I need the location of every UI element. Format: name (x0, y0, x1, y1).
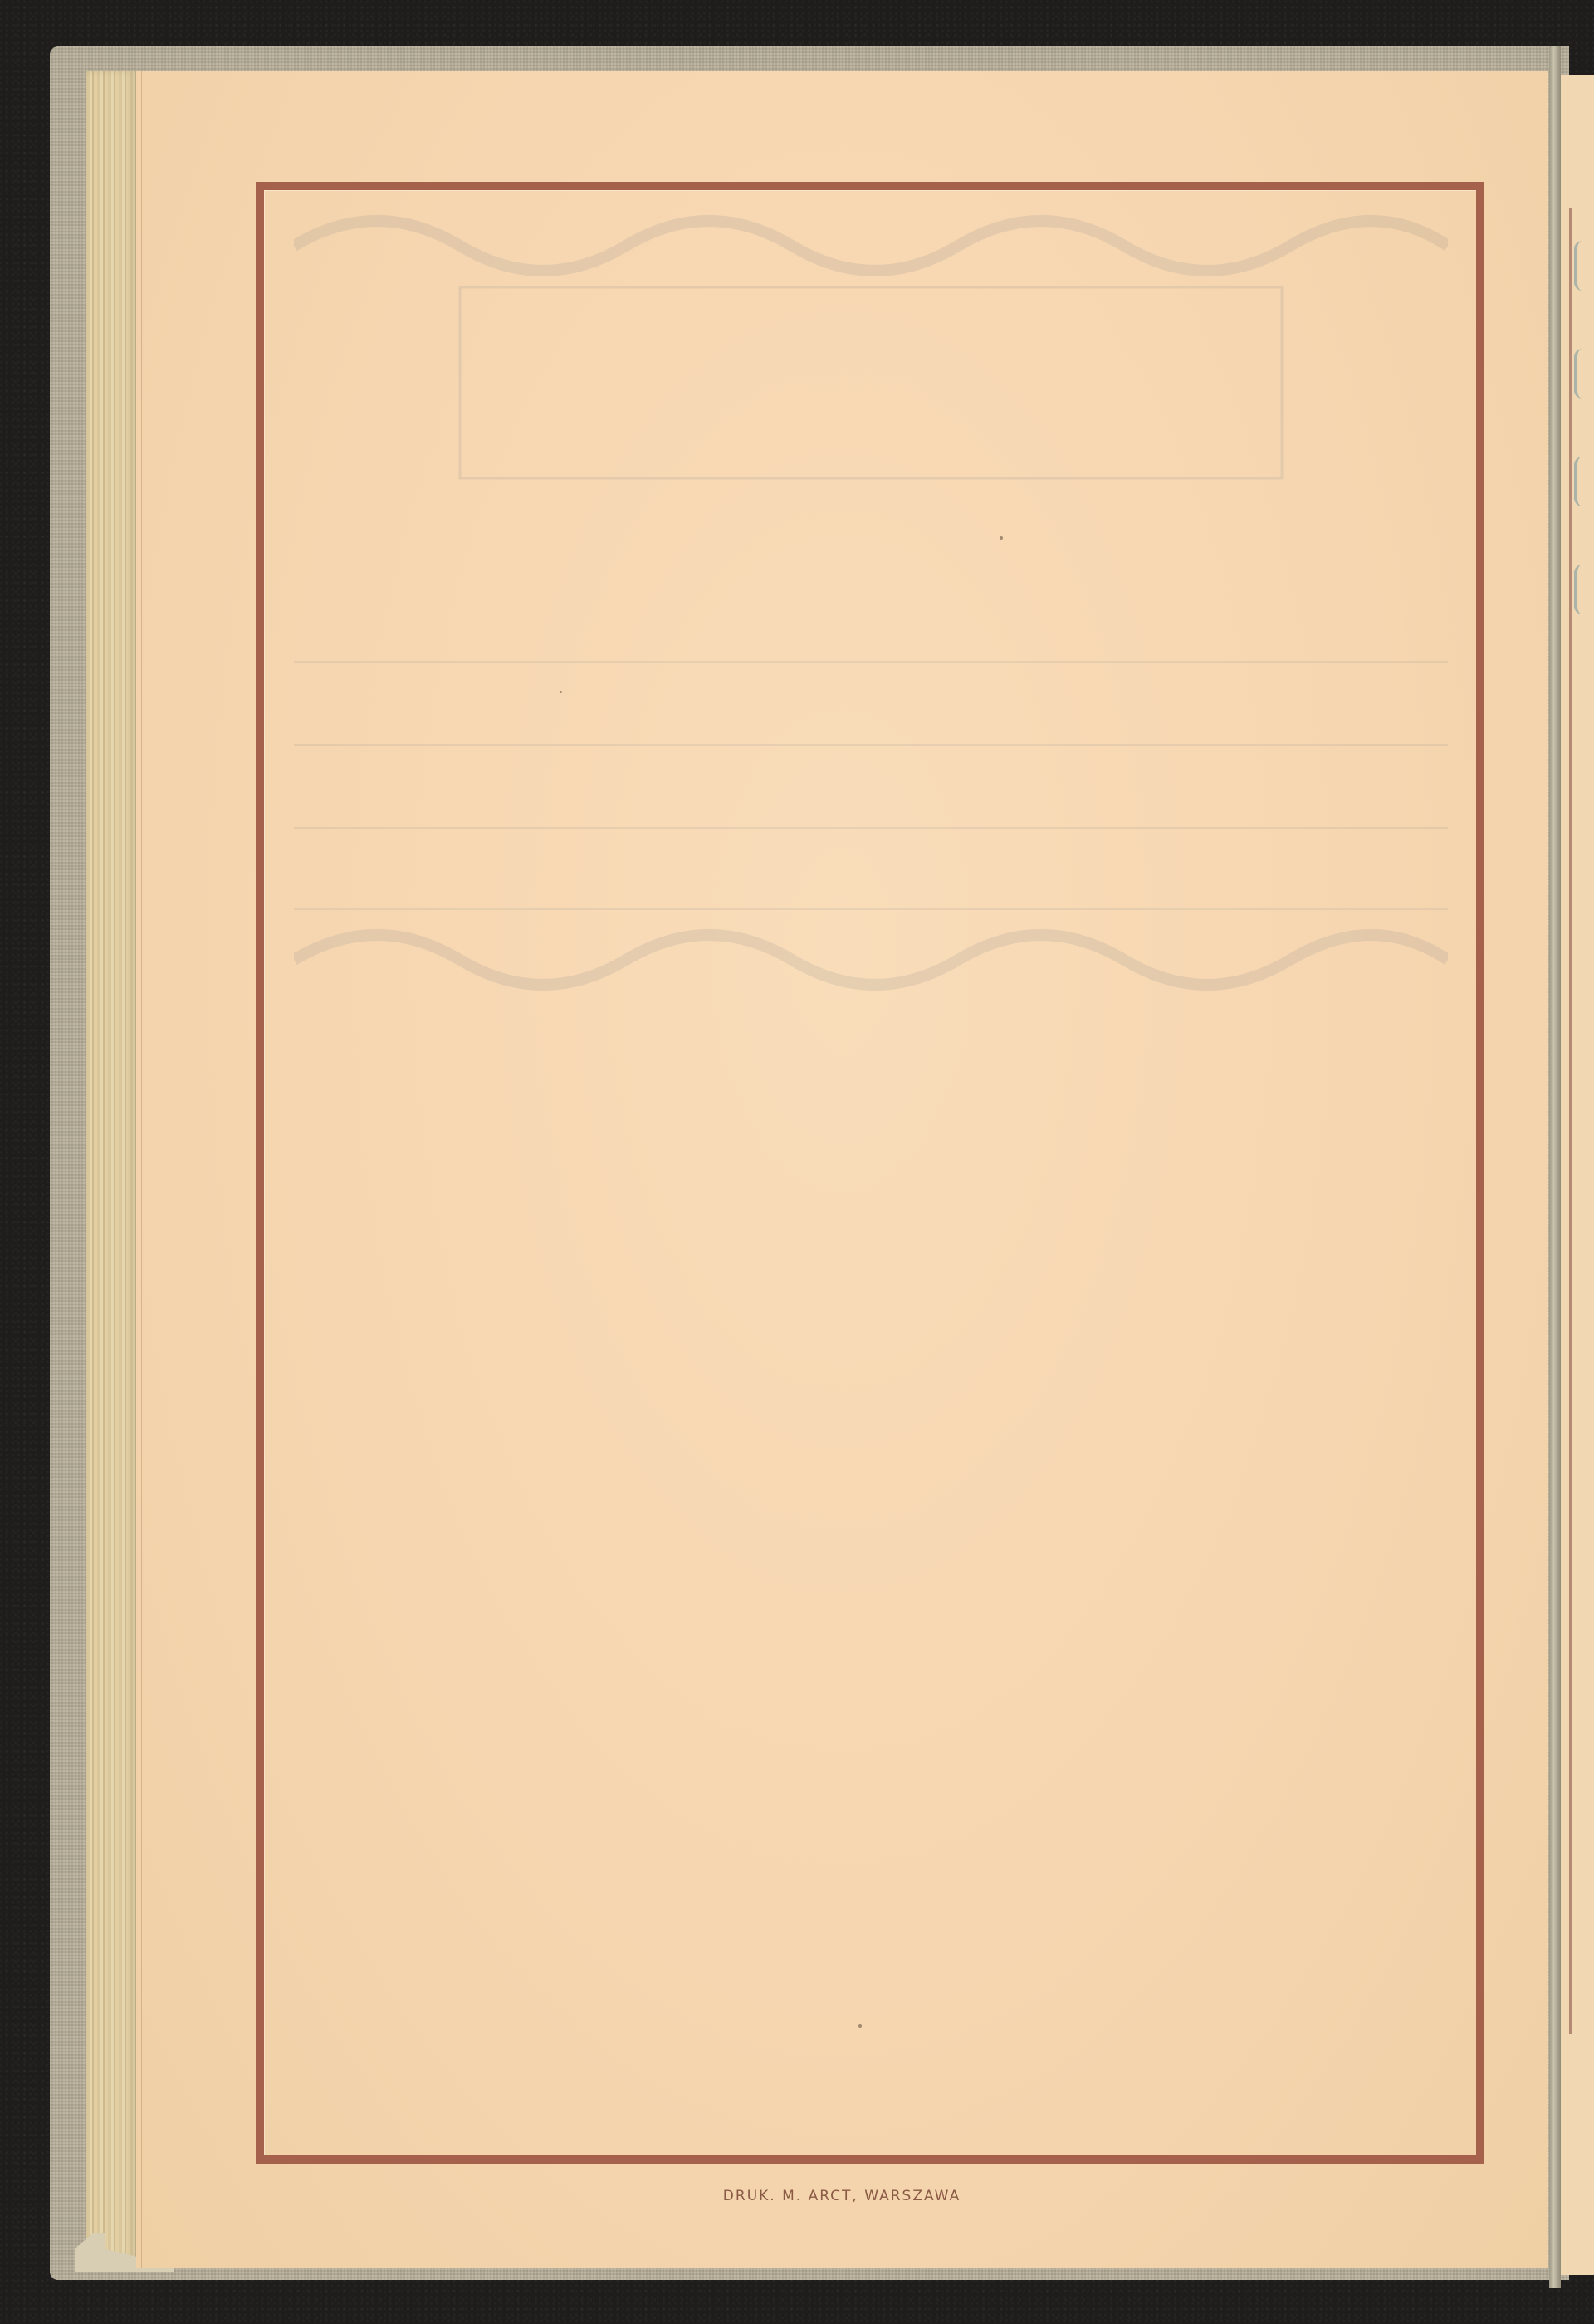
book-gutter (1549, 46, 1561, 2288)
book-page: DRUK. M. ARCT, WARSZAWA (136, 71, 1548, 2268)
dust-speck (1000, 536, 1003, 540)
decorative-border-frame (256, 182, 1484, 2164)
printer-imprint: DRUK. M. ARCT, WARSZAWA (136, 2188, 1548, 2204)
facing-page-ornament (1574, 457, 1594, 506)
dust-speck (560, 691, 562, 693)
page-edges-stack (86, 71, 136, 2268)
facing-page-ornament (1574, 565, 1594, 614)
dust-speck (858, 2024, 862, 2028)
facing-page-ornament (1574, 241, 1594, 291)
facing-page-ornament (1574, 349, 1594, 399)
facing-page-edge (1561, 75, 1594, 2275)
